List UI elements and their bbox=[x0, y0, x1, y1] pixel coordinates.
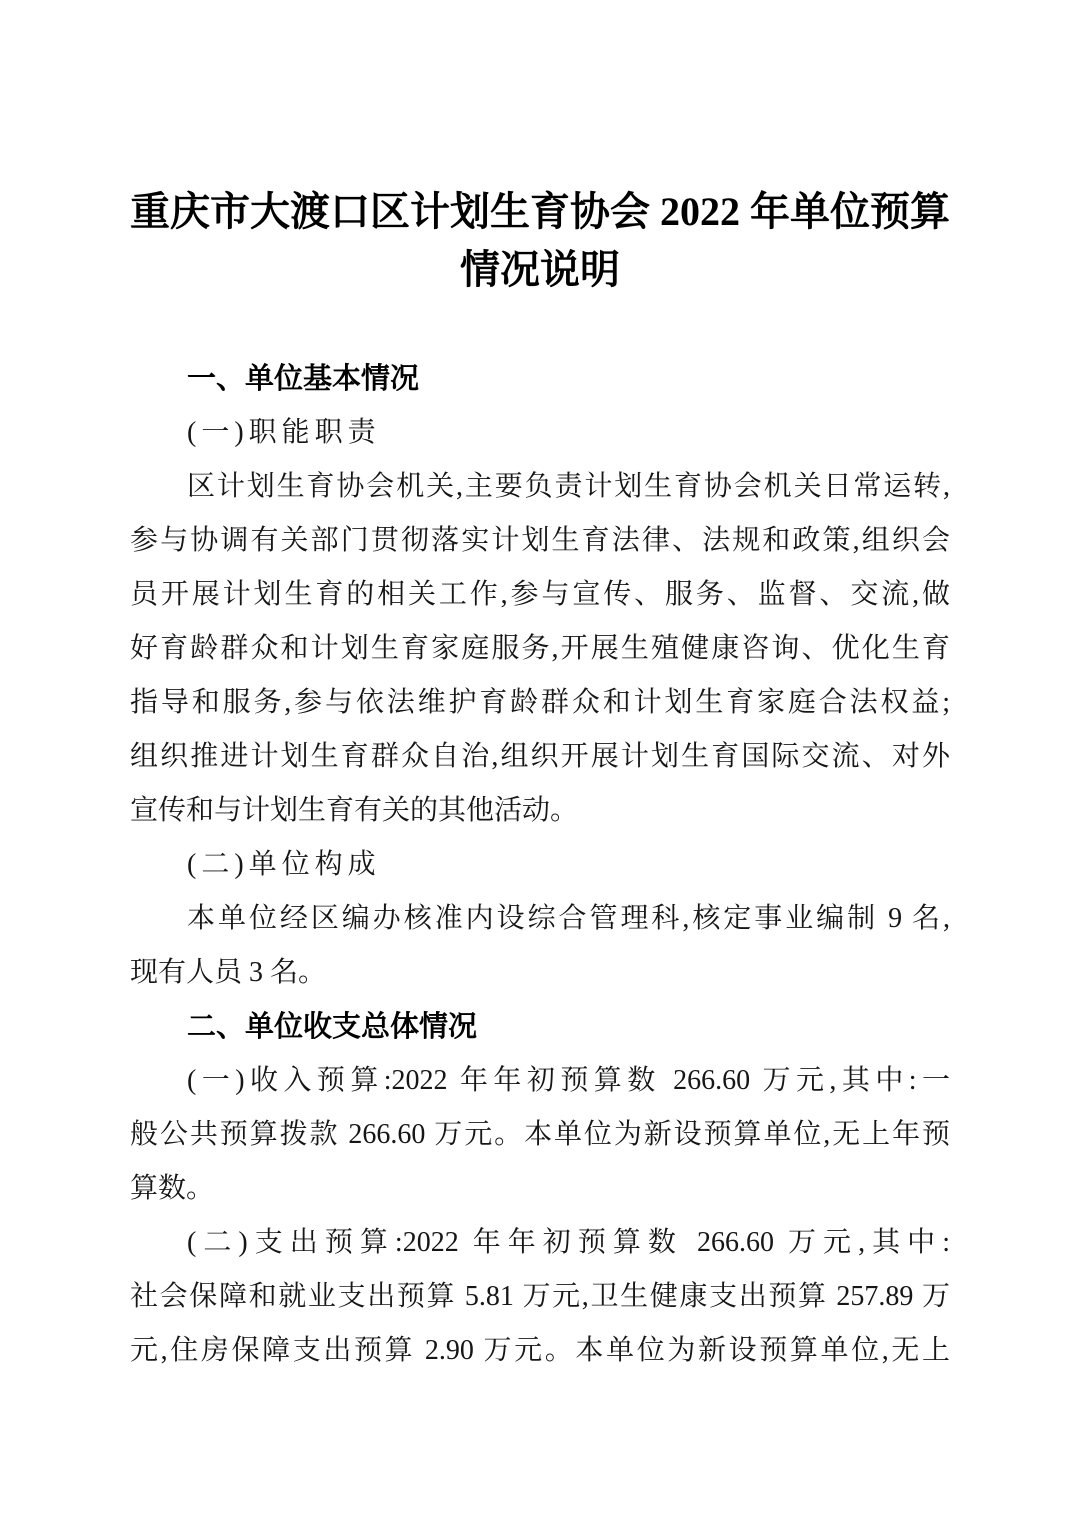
text-line: 情况说明 bbox=[130, 241, 950, 299]
text-line: 算数。 bbox=[130, 1162, 950, 1216]
sub-heading-composition: (二)单位构成 bbox=[130, 838, 950, 892]
text-line: 好育龄群众和计划生育家庭服务,开展生殖健康咨询、优化生育 bbox=[130, 622, 950, 676]
text-line: 组织推进计划生育群众自治,组织开展计划生育国际交流、对外 bbox=[130, 730, 950, 784]
text-line: 本单位经区编办核准内设综合管理科,核定事业编制 9 名, bbox=[130, 892, 950, 946]
sub-heading-duties: (一)职能职责 bbox=[130, 406, 950, 460]
text-line: 员开展计划生育的相关工作,参与宣传、服务、监督、交流,做 bbox=[130, 568, 950, 622]
text-line: (一)职能职责 bbox=[130, 406, 950, 460]
text-line: 区计划生育协会机关,主要负责计划生育协会机关日常运转, bbox=[130, 460, 950, 514]
text-line: 现有人员 3 名。 bbox=[130, 946, 950, 1000]
document-page: 重庆市大渡口区计划生育协会 2022 年单位预算情况说明一、单位基本情况(一)职… bbox=[0, 0, 1074, 1520]
text-line: 二、单位收支总体情况 bbox=[130, 1000, 950, 1054]
text-line: 一、单位基本情况 bbox=[130, 352, 950, 406]
text-line: (一)收入预算:2022 年年初预算数 266.60 万元,其中:一 bbox=[130, 1054, 950, 1108]
paragraph-duties: 区计划生育协会机关,主要负责计划生育协会机关日常运转,参与协调有关部门贯彻落实计… bbox=[130, 460, 950, 838]
text-line: 般公共预算拨款 266.60 万元。本单位为新设预算单位,无上年预 bbox=[130, 1108, 950, 1162]
text-line: 指导和服务,参与依法维护育龄群众和计划生育家庭合法权益; bbox=[130, 676, 950, 730]
paragraph-expenditure-budget: (二)支出预算:2022 年年初预算数 266.60 万元,其中:社会保障和就业… bbox=[130, 1216, 950, 1378]
section-heading-2: 二、单位收支总体情况 bbox=[130, 1000, 950, 1054]
text-line: (二)单位构成 bbox=[130, 838, 950, 892]
paragraph-composition: 本单位经区编办核准内设综合管理科,核定事业编制 9 名,现有人员 3 名。 bbox=[130, 892, 950, 1000]
document-title: 重庆市大渡口区计划生育协会 2022 年单位预算情况说明 bbox=[130, 183, 950, 299]
text-line: 元,住房保障支出预算 2.90 万元。本单位为新设预算单位,无上 bbox=[130, 1324, 950, 1378]
text-line: (二)支出预算:2022 年年初预算数 266.60 万元,其中: bbox=[130, 1216, 950, 1270]
document-content: 重庆市大渡口区计划生育协会 2022 年单位预算情况说明一、单位基本情况(一)职… bbox=[0, 0, 1074, 1378]
paragraph-income-budget: (一)收入预算:2022 年年初预算数 266.60 万元,其中:一般公共预算拨… bbox=[130, 1054, 950, 1216]
section-heading-1: 一、单位基本情况 bbox=[130, 352, 950, 406]
text-line: 宣传和与计划生育有关的其他活动。 bbox=[130, 784, 950, 838]
text-line: 社会保障和就业支出预算 5.81 万元,卫生健康支出预算 257.89 万 bbox=[130, 1270, 950, 1324]
text-line: 参与协调有关部门贯彻落实计划生育法律、法规和政策,组织会 bbox=[130, 514, 950, 568]
text-line: 重庆市大渡口区计划生育协会 2022 年单位预算 bbox=[130, 183, 950, 241]
